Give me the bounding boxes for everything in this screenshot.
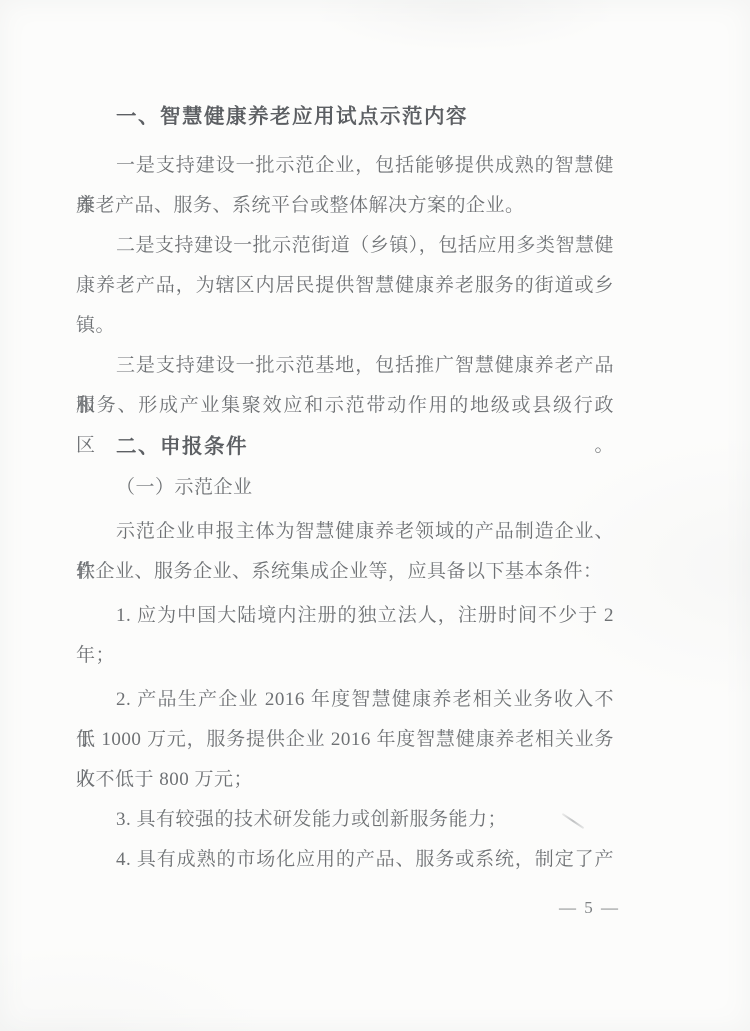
text-line: 入不低于 800 万元； [76, 760, 614, 800]
text-line: 件企业、服务企业、系统集成企业等，应具备以下基本条件： [76, 552, 614, 592]
text-line: 镇。 [76, 306, 614, 346]
text-line: 4. 具有成熟的市场化应用的产品、服务或系统，制定了产 [76, 840, 614, 880]
text-line: 一是支持建设一批示范企业，包括能够提供成熟的智慧健康 [76, 146, 614, 186]
text-line: 养老产品、服务、系统平台或整体解决方案的企业。 [76, 186, 614, 226]
text-line: 示范企业申报主体为智慧健康养老领域的产品制造企业、软 [76, 512, 614, 552]
text-line: 康养老产品，为辖区内居民提供智慧健康养老服务的街道或乡 [76, 266, 614, 306]
document-body: 一、智慧健康养老应用试点示范内容 一是支持建设一批示范企业，包括能够提供成熟的智… [76, 86, 614, 880]
text-line: 1. 应为中国大陆境内注册的独立法人，注册时间不少于 2 [76, 596, 614, 636]
text-line: 年； [76, 636, 614, 676]
document-page: 一、智慧健康养老应用试点示范内容 一是支持建设一批示范企业，包括能够提供成熟的智… [0, 0, 750, 1031]
section-heading-1: 一、智慧健康养老应用试点示范内容 [76, 94, 614, 140]
text-line: 2. 产品生产企业 2016 年度智慧健康养老相关业务收入不低 [76, 680, 614, 720]
page-number: — 5 — [559, 898, 620, 918]
text-line: 于 1000 万元，服务提供企业 2016 年度智慧健康养老相关业务收 [76, 720, 614, 760]
scan-artifact-speck [246, 480, 250, 484]
text-line: 二是支持建设一批示范街道（乡镇），包括应用多类智慧健 [76, 226, 614, 266]
text-line: 3. 具有较强的技术研发能力或创新服务能力； [76, 800, 614, 840]
subsection-heading: （一）示范企业 [76, 468, 614, 508]
text-line: 三是支持建设一批示范基地，包括推广智慧健康养老产品和 [76, 346, 614, 386]
text-line: 服务、形成产业集聚效应和示范带动作用的地级或县级行政区。 [76, 386, 614, 426]
